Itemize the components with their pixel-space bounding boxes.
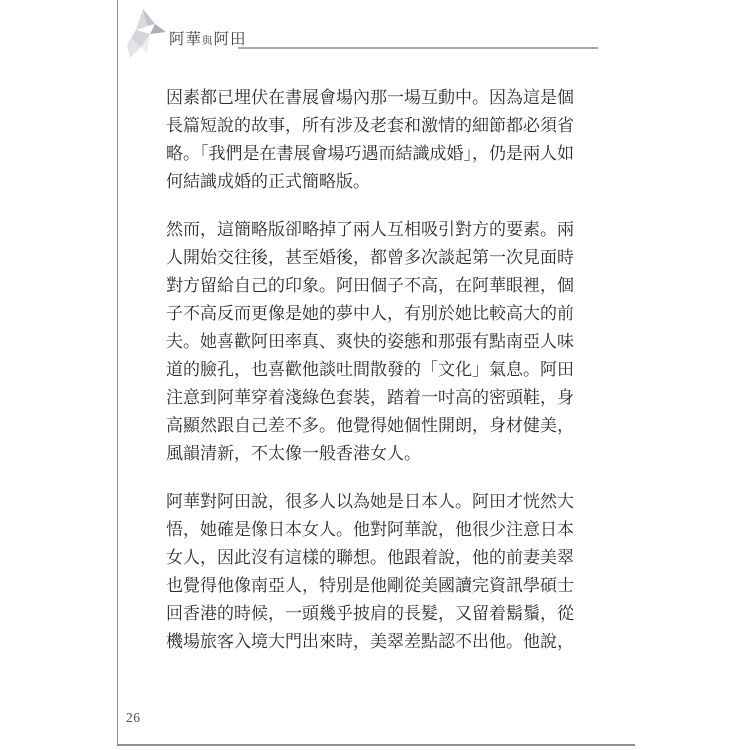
book-page: 阿華與阿田 因素都已埋伏在書展會場內那一場互動中。因為這是個 長篇短說的故事，所…: [0, 0, 750, 750]
text-line: 回香港的時候，一頭幾乎披肩的長髮，又留着鬍鬚，從: [166, 600, 596, 628]
header-rule: [238, 47, 598, 49]
body-text: 因素都已埋伏在書展會場內那一場互動中。因為這是個 長篇短說的故事，所有涉及老套和…: [166, 84, 596, 676]
text-line: 風韻清新，不太像一般香港女人。: [166, 440, 596, 468]
text-line: 子不高反而更像是她的夢中人，有別於她比較高大的前: [166, 300, 596, 328]
left-margin-rule: [117, 0, 118, 746]
text-line: 機場旅客入境大門出來時，美翠差點認不出他。他說，: [166, 628, 596, 656]
running-title-part2: 阿田: [214, 31, 247, 48]
paragraph: 因素都已埋伏在書展會場內那一場互動中。因為這是個 長篇短說的故事，所有涉及老套和…: [166, 84, 596, 196]
bottom-margin-rule: [117, 744, 635, 746]
text-line: 因素都已埋伏在書展會場內那一場互動中。因為這是個: [166, 84, 596, 112]
running-title-part1: 阿華: [169, 31, 202, 48]
origami-bird-icon: [127, 9, 169, 59]
paragraph: 阿華對阿田說，很多人以為她是日本人。阿田才恍然大 悟，她確是像日本女人。他對阿華…: [166, 488, 596, 656]
text-line: 長篇短說的故事，所有涉及老套和激情的細節都必須省: [166, 112, 596, 140]
text-line: 然而，這簡略版卻略掉了兩人互相吸引對方的要素。兩: [166, 216, 596, 244]
page-number: 26: [126, 710, 141, 726]
text-line: 悟，她確是像日本女人。他對阿華說，他很少注意日本: [166, 516, 596, 544]
text-line: 略。「我們是在書展會場巧遇而結識成婚」，仍是兩人如: [166, 140, 596, 168]
text-line: 女人，因此沒有這樣的聯想。他跟着說，他的前妻美翠: [166, 544, 596, 572]
paragraph: 然而，這簡略版卻略掉了兩人互相吸引對方的要素。兩 人開始交往後，甚至婚後，都曾多…: [166, 216, 596, 468]
running-title-connector: 與: [202, 36, 214, 47]
text-line: 人開始交往後，甚至婚後，都曾多次談起第一次見面時: [166, 244, 596, 272]
text-line: 注意到阿華穿着淺綠色套裝，踏着一吋高的密頭鞋，身: [166, 384, 596, 412]
text-line: 阿華對阿田說，很多人以為她是日本人。阿田才恍然大: [166, 488, 596, 516]
text-line: 高顯然跟自己差不多。他覺得她個性開朗，身材健美，: [166, 412, 596, 440]
text-line: 道的臉孔，也喜歡他談吐間散發的「文化」氣息。阿田: [166, 356, 596, 384]
running-title: 阿華與阿田: [169, 30, 247, 49]
text-line: 對方留給自己的印象。阿田個子不高，在阿華眼裡，個: [166, 272, 596, 300]
text-line: 也覺得他像南亞人，特別是他剛從美國讀完資訊學碩士: [166, 572, 596, 600]
text-line: 何結識成婚的正式簡略版。: [166, 168, 596, 196]
text-line: 夫。她喜歡阿田率真、爽快的姿態和那張有點南亞人味: [166, 328, 596, 356]
